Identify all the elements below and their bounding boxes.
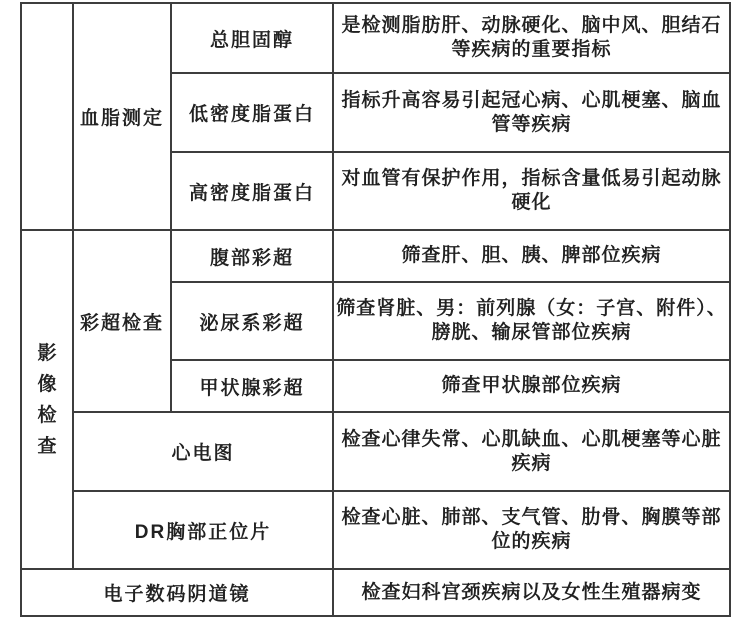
- desc-cell-digital-colposcope: 检查妇科宫颈疾病以及女性生殖器病变: [333, 569, 730, 616]
- subgroup-cell-blood-lipid: 血脂测定: [73, 3, 171, 230]
- item-cell-abdominal-ultrasound: 腹部彩超: [171, 230, 333, 282]
- desc-cell-ldl: 指标升高容易引起冠心病、心肌梗塞、脑血管等疾病: [333, 73, 730, 152]
- item-cell-total-cholesterol: 总胆固醇: [171, 3, 333, 73]
- desc-cell-thyroid-ultrasound: 筛查甲状腺部位疾病: [333, 360, 730, 412]
- subgroup-cell-ultrasound: 彩超检查: [73, 230, 171, 412]
- category-cell-imaging: 影像检查: [21, 230, 73, 569]
- desc-cell-dr-chest-xray: 检查心脏、肺部、支气管、肋骨、胸膜等部位的疾病: [333, 491, 730, 569]
- desc-cell-abdominal-ultrasound: 筛查肝、胆、胰、脾部位疾病: [333, 230, 730, 282]
- desc-cell-total-cholesterol: 是检测脂肪肝、动脉硬化、脑中风、胆结石等疾病的重要指标: [333, 3, 730, 73]
- table-row: 血脂测定 总胆固醇 是检测脂肪肝、动脉硬化、脑中风、胆结石等疾病的重要指标: [21, 3, 730, 73]
- table-row: 电子数码阴道镜 检查妇科宫颈疾病以及女性生殖器病变: [21, 569, 730, 616]
- item-cell-urinary-ultrasound: 泌尿系彩超: [171, 282, 333, 360]
- item-cell-dr-chest-xray: DR胸部正位片: [73, 491, 333, 569]
- desc-cell-urinary-ultrasound: 筛查肾脏、男：前列腺（女：子宫、附件）、膀胱、输尿管部位疾病: [333, 282, 730, 360]
- checkup-table-page: 血脂测定 总胆固醇 是检测脂肪肝、动脉硬化、脑中风、胆结石等疾病的重要指标 低密…: [0, 0, 750, 627]
- desc-cell-ecg: 检查心律失常、心肌缺血、心肌梗塞等心脏疾病: [333, 412, 730, 491]
- checkup-items-table: 血脂测定 总胆固醇 是检测脂肪肝、动脉硬化、脑中风、胆结石等疾病的重要指标 低密…: [20, 2, 731, 617]
- table-row: DR胸部正位片 检查心脏、肺部、支气管、肋骨、胸膜等部位的疾病: [21, 491, 730, 569]
- table-row: 影像检查 彩超检查 腹部彩超 筛查肝、胆、胰、脾部位疾病: [21, 230, 730, 282]
- category-label-imaging: 影像检查: [37, 338, 58, 462]
- table-row: 心电图 检查心律失常、心肌缺血、心肌梗塞等心脏疾病: [21, 412, 730, 491]
- item-cell-ecg: 心电图: [73, 412, 333, 491]
- item-cell-thyroid-ultrasound: 甲状腺彩超: [171, 360, 333, 412]
- item-cell-hdl: 高密度脂蛋白: [171, 152, 333, 230]
- item-cell-ldl: 低密度脂蛋白: [171, 73, 333, 152]
- item-cell-digital-colposcope: 电子数码阴道镜: [21, 569, 333, 616]
- category-cell-empty: [21, 3, 73, 230]
- desc-cell-hdl: 对血管有保护作用，指标含量低易引起动脉硬化: [333, 152, 730, 230]
